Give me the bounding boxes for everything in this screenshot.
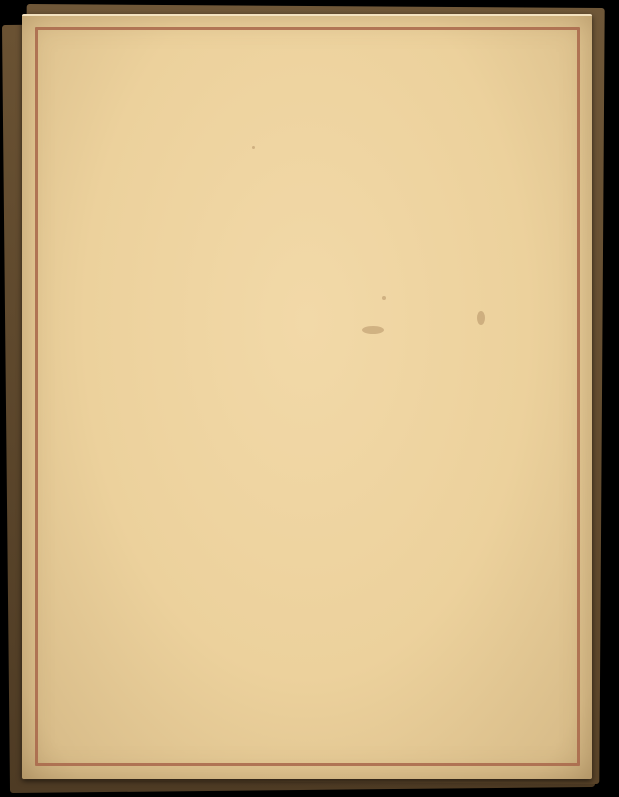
stain	[382, 296, 386, 300]
stain	[252, 146, 255, 149]
stain	[477, 311, 485, 325]
parchment-page	[22, 14, 592, 779]
decorative-border	[35, 27, 580, 766]
stain	[362, 326, 384, 334]
